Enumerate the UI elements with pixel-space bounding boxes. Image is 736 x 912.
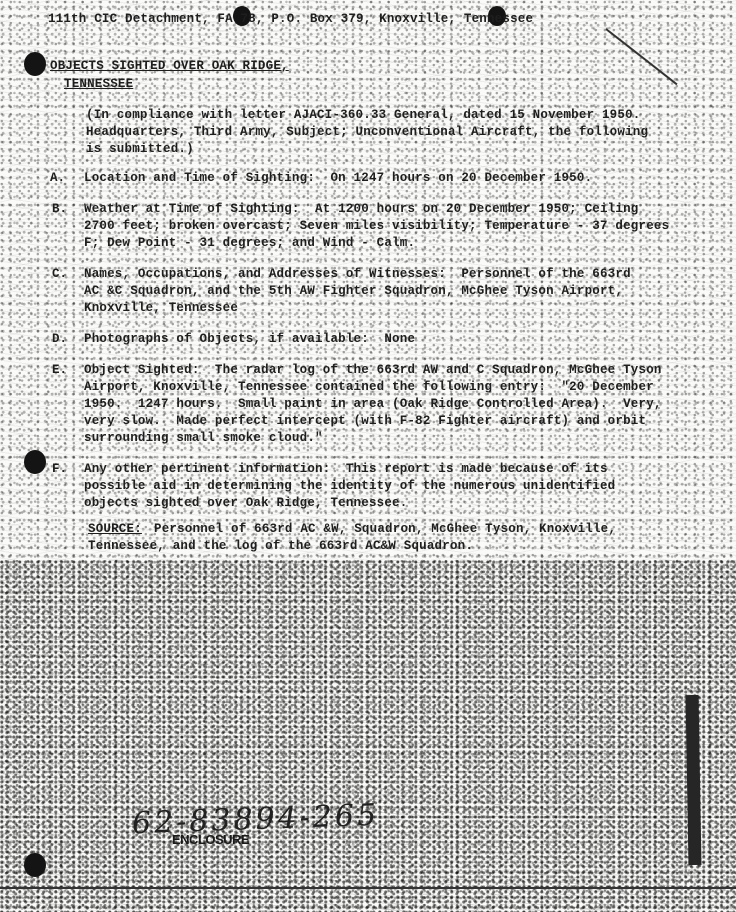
bottom-rule [0,887,736,889]
section-e-line: very slow. Made perfect intercept (with … [84,414,646,428]
punch-hole-top [24,52,46,76]
header-line: 111th CIC Detachment, FA 78, P.O. Box 37… [48,12,533,26]
section-label-d: D. [52,332,67,346]
section-e-line: Airport, Knoxville, Tennessee contained … [84,380,654,394]
section-c-line: AC &C Squadron, and the 5th AW Fighter S… [84,284,623,298]
section-a-line: Location and Time of Sighting: On 1247 h… [84,171,592,185]
section-label-e: E. [52,363,67,377]
enclosure-stamp: ENCLOSURE [172,832,249,847]
section-e-line: surrounding small smoke cloud." [84,431,323,445]
section-label-f: F. [52,462,67,476]
section-f-line: Any other pertinent information: This re… [84,462,608,476]
section-b-line: F; Dew Point - 31 degrees; and Wind - Ca… [84,236,415,250]
source-line: Personnel of 663rd AC &W, Squadron, McGh… [154,522,616,536]
section-c-line: Names, Occupations, and Addresses of Wit… [84,267,631,281]
section-b-line: 2700 feet; broken overcast; Seven miles … [84,219,669,233]
source-line: Tennessee, and the log of the 663rd AC&W… [88,539,473,553]
section-f-line: objects sighted over Oak Ridge, Tennesse… [84,496,407,510]
intro-line: (In compliance with letter AJACI-360.33 … [86,108,641,122]
section-label-b: B. [52,202,67,216]
section-e-line: 1950. 1247 hours. Small paint in area (O… [84,397,662,411]
intro-line: Headquarters, Third Army, Subject; Uncon… [86,125,648,139]
section-label-a: A. [50,171,65,185]
punch-hole-bottom [24,853,46,877]
section-label-c: C. [52,267,67,281]
section-c-line: Knoxville, Tennessee [84,301,238,315]
section-e-line: Object Sighted: The radar log of the 663… [84,363,662,377]
title-line-2: TENNESSEE [64,77,133,91]
scan-noise [0,560,736,912]
title-line-1: OBJECTS SIGHTED OVER OAK RIDGE, [50,59,289,73]
punch-hole-middle [24,450,46,474]
section-f-line: possible aid in determining the identity… [84,479,615,493]
section-b-line: Weather at Time of Sighting: At 1200 hou… [84,202,639,216]
section-d-line: Photographs of Objects, if available: No… [84,332,415,346]
source-label: SOURCE: [88,522,142,536]
intro-line: is submitted.) [86,142,194,156]
